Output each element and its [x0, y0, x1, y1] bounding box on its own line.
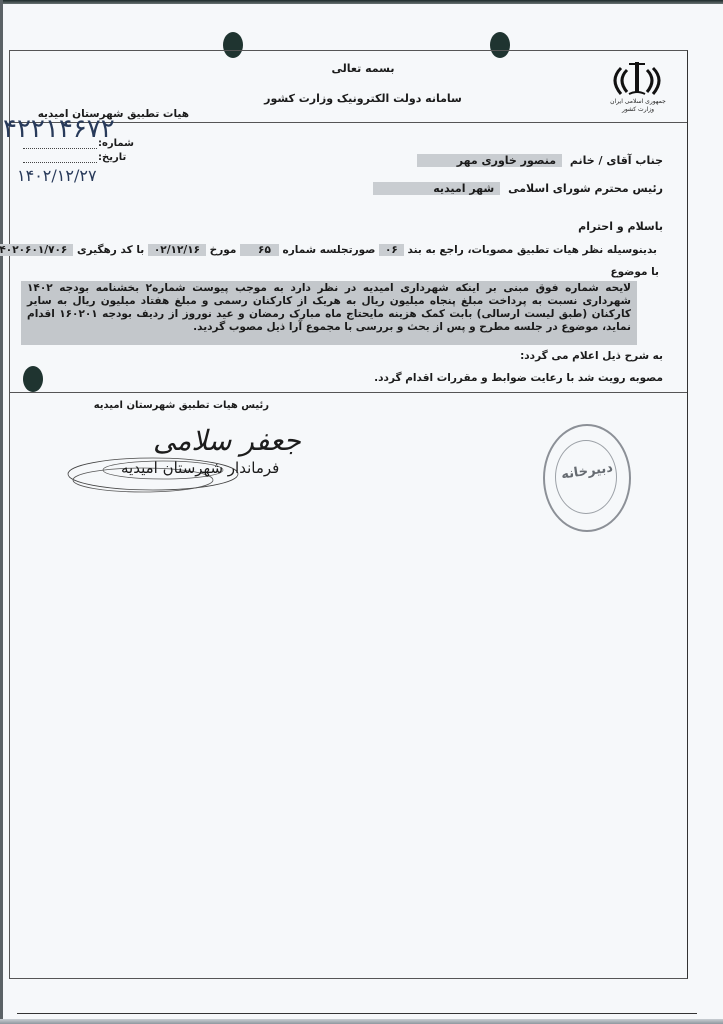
invocation: بسمه تعالی	[303, 62, 423, 75]
tracking-code: ۴۰۰۴۰۲۰۶۰۱/۷۰۶	[0, 244, 73, 256]
decision-text: مصوبه رویت شد با رعایت ضوابط و مقررات اق…	[374, 372, 663, 384]
minutes-label: صورتجلسه شماره	[283, 244, 376, 256]
addressee-title-line: رئیس محترم شورای اسلامی شهر امیدیه	[373, 182, 663, 195]
secretariat-stamp-icon: دبیرخانه	[543, 424, 631, 532]
subject-label: با موضوع	[610, 266, 659, 278]
clause-number: ۰۶	[379, 244, 404, 256]
handwritten-number: ۴۲۲۱۴۶۷۲	[3, 114, 115, 144]
addressee-line: جناب آقای / خانم منصور خاوری مهر	[417, 154, 663, 167]
reference-line: بدینوسیله نظر هیات تطبیق مصوبات، راجع به…	[0, 244, 657, 256]
signatory-role: رئیس هیات تطبیق شهرستان امیدیه	[99, 400, 269, 411]
minutes-number: ۶۵	[240, 244, 279, 256]
emblem-caption: جمهوری اسلامی ایران وزارت کشور	[603, 98, 673, 114]
addressee-city: شهر امیدیه	[373, 182, 500, 195]
date-dotted-line	[23, 162, 97, 163]
date-label-inline: مورخ	[210, 244, 237, 256]
addressee-title-label: رئیس محترم شورای اسلامی	[508, 182, 663, 195]
body-divider	[9, 392, 687, 393]
scan-edge-bottom	[0, 1019, 723, 1024]
number-dotted-line	[23, 148, 97, 149]
emblem-caption-line2: وزارت کشور	[603, 106, 673, 114]
announce-label: به شرح ذیل اعلام می گردد:	[520, 350, 663, 362]
signatory-position: فرماندار شهرستان امیدیه	[121, 459, 279, 477]
intro-text: بدینوسیله نظر هیات تطبیق مصوبات، راجع به…	[408, 244, 658, 256]
addressee-name: منصور خاوری مهر	[417, 154, 562, 167]
greeting: باسلام و احترام	[578, 220, 663, 233]
date-label: تاریخ:	[98, 152, 126, 163]
footer-line	[17, 1013, 697, 1014]
tracking-label: با کد رهگیری	[77, 244, 144, 256]
system-title: سامانه دولت الکترونیک وزارت کشور	[248, 92, 478, 105]
emblem-caption-line1: جمهوری اسلامی ایران	[603, 98, 673, 106]
salutation-label: جناب آقای / خانم	[570, 154, 663, 167]
subject-text: لایحه شماره فوق مبنی بر اینکه شهرداری ام…	[27, 282, 631, 334]
minutes-date: ۰۲/۱۲/۱۶	[148, 244, 206, 256]
handwritten-date: ۱۴۰۲/۱۲/۲۷	[17, 166, 97, 185]
document-page: بسمه تعالی سامانه دولت الکترونیک وزارت ک…	[3, 4, 723, 1019]
